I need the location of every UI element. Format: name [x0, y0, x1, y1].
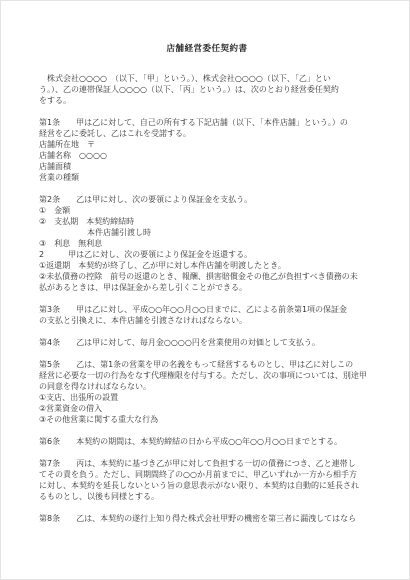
- business-type-line: 営業の種類: [39, 172, 375, 183]
- article-2-clause-2-item-1: ①返還期 本契約が終了し、乙が甲に対し本件店舗を明渡したとき。: [39, 260, 375, 271]
- store-area-line: 店舗面積: [39, 161, 375, 172]
- article-3-line-2: の支払と引換えに、本件店舗を引渡さなければならない。: [39, 315, 375, 326]
- article-5-item-2: ②営業資金の借入: [39, 403, 375, 414]
- document-page: 店舗経営委任契約書 株式会社○○○○ （以下、「甲」という。）、株式会社○○○○…: [0, 0, 410, 580]
- article-4-line-1: 第4条 乙は甲に対して、毎月金○○○○円を営業使用の対価として支払う。: [39, 337, 375, 348]
- article-1-line-1: 第1条 甲は乙に対して、自己の所有する下記店舗（以下、「本件店舗」という。）の: [39, 117, 375, 128]
- article-2-clause-2-item-2-cont: 払があるときは、甲は保証金から差し引くことができる。: [39, 282, 375, 293]
- article-2-clause-2-item-2: ②未払債務の控除 前号の返還のとき、報酬、損害賠償金その他乙が負担すべき債務の未: [39, 271, 375, 282]
- article-5-line-3: の同意を得なければならない。: [39, 381, 375, 392]
- intro-line-3: をする。: [39, 95, 375, 106]
- article-8-line-1: 第8条 乙は、本契約の遂行上知り得た株式会社甲野の機密を第三者に漏洩してはなら: [39, 513, 375, 524]
- document-body: 株式会社○○○○ （以下、「甲」という。）、株式会社○○○○（以下、「乙」とい …: [39, 73, 375, 524]
- article-7-line-4: るものとし、以後も同様とする。: [39, 491, 375, 502]
- article-6-line-1: 第6条 本契約の期間は、本契約締結の日から平成○○年○○月○○日までとする。: [39, 436, 375, 447]
- article-2-item-2: ② 支払期 本契約締結時: [39, 216, 375, 227]
- article-2-line-1: 第2条 乙は甲に対し、次の要領により保証金を支払う。: [39, 194, 375, 205]
- document-title: 店舗経営委任契約書: [39, 42, 375, 54]
- store-name-line: 店舗名称 ○○○○: [39, 150, 375, 161]
- article-7-line-3: に対し、本契約を延長しないという旨の意思表示がない限り、本契約は自動的に延長され: [39, 480, 375, 491]
- article-2-item-2-cont: 本件店舗引渡し時: [39, 227, 375, 238]
- article-5-line-1: 第5条 乙は、第1条の営業を甲の名義をもって経営するものとし、甲は乙に対しこの: [39, 359, 375, 370]
- article-7-line-2: てその責を負う。ただし、同期間終了の○○か月前までに、甲乙いずれか一方から相手方: [39, 469, 375, 480]
- article-2-item-1: ① 金額: [39, 205, 375, 216]
- article-2-clause-2: 2 甲は乙に対し、次の要領により保証金を返還する。: [39, 249, 375, 260]
- article-2-item-3: ③ 利息 無利息: [39, 238, 375, 249]
- store-location-line: 店舗所在地 〒: [39, 139, 375, 150]
- article-5-item-1: ①支店、出張所の設置: [39, 392, 375, 403]
- article-5-line-2: 経営に必要な一切の行為をなす代理権限を付与する。ただし、次の事項については、別途…: [39, 370, 375, 381]
- article-7-line-1: 第7条 丙は、本契約に基づき乙が甲に対して負担する一切の債務につき、乙と連帯し: [39, 458, 375, 469]
- article-1-line-2: 経営を乙に委託し、乙はこれを受諾する。: [39, 128, 375, 139]
- article-3-line-1: 第3条 甲は乙に対し、平成○○年○○月○○日までに、乙による前条第1項の保証金: [39, 304, 375, 315]
- article-5-item-3: ③その他営業に関する重大な行為: [39, 414, 375, 425]
- intro-line-1: 株式会社○○○○ （以下、「甲」という。）、株式会社○○○○（以下、「乙」とい: [39, 73, 375, 84]
- intro-line-2: う。）、乙の連帯保証人○○○○（以下、「丙」という。）は、次のとおり経営委任契約: [39, 84, 375, 95]
